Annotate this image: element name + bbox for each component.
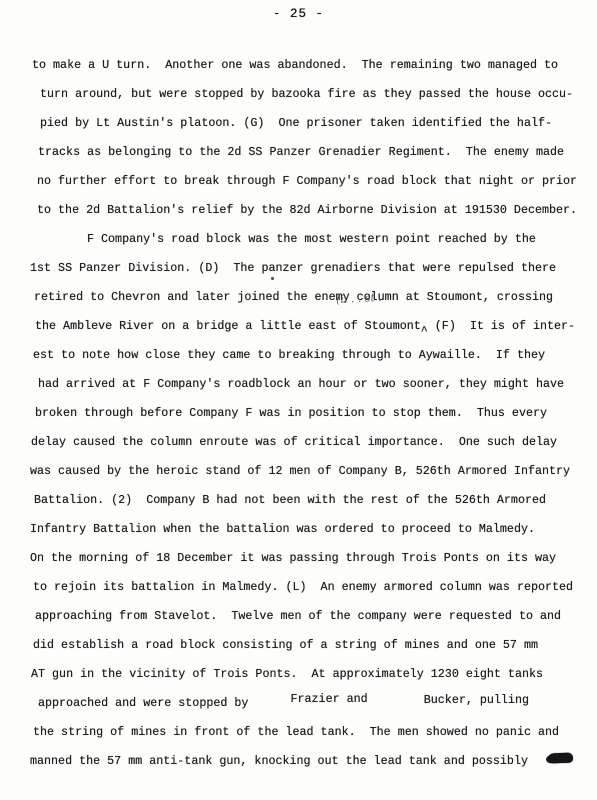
text-line: to the 2d Battalion's relief by the 82d … [30, 196, 585, 225]
text-line: the Ambleve River on a bridge a little e… [30, 312, 585, 341]
text-line: to make a U turn. Another one was abando… [30, 51, 585, 80]
text-line: delay caused the column enroute was of c… [30, 428, 585, 457]
text-line: tracks as belonging to the 2d SS Panzer … [30, 138, 585, 167]
document-body: to make a U turn. Another one was abando… [30, 51, 585, 776]
text-line: pied by Lt Austin's platoon. (G) One pri… [30, 109, 585, 138]
text-line: the string of mines in front of the lead… [30, 718, 585, 747]
text-line: Infantry Battalion when the battalion wa… [30, 515, 585, 544]
text-line: broken through before Company F was in p… [30, 399, 585, 428]
text-line: to rejoin its battalion in Malmedy. (L) … [30, 573, 585, 602]
text-line: was caused by the heroic stand of 12 men… [30, 457, 585, 486]
text-line: turn around, but were stopped by bazooka… [30, 80, 585, 109]
text-line: est to note how close they came to break… [30, 341, 585, 370]
text-line: On the morning of 18 December it was pas… [30, 544, 585, 573]
text-line: F Company's road block was the most west… [30, 225, 585, 254]
ink-speck [271, 277, 274, 280]
text-line: approached and were stopped by Frazier a… [30, 689, 585, 718]
text-line: Battalion. (2) Company B had not been wi… [30, 486, 585, 515]
page-number: - 25 - [0, 7, 597, 21]
scanned-document-page: - 25 - to make a U turn. Another one was… [0, 0, 597, 800]
text-line: approaching from Stavelot. Twelve men of… [30, 602, 585, 631]
text-line: 1st SS Panzer Division. (D) The panzer g… [30, 254, 585, 283]
text-line: did establish a road block consisting of… [30, 631, 585, 660]
text-line: retired to Chevron and later joined the … [30, 283, 585, 312]
handwritten-annotation: (i. . . st . [336, 291, 382, 306]
censored-smudge [548, 753, 573, 764]
text-line: had arrived at F Company's roadblock an … [30, 370, 585, 399]
text-line: manned the 57 mm anti-tank gun, knocking… [30, 747, 585, 776]
text-line: no further effort to break through F Com… [30, 167, 585, 196]
